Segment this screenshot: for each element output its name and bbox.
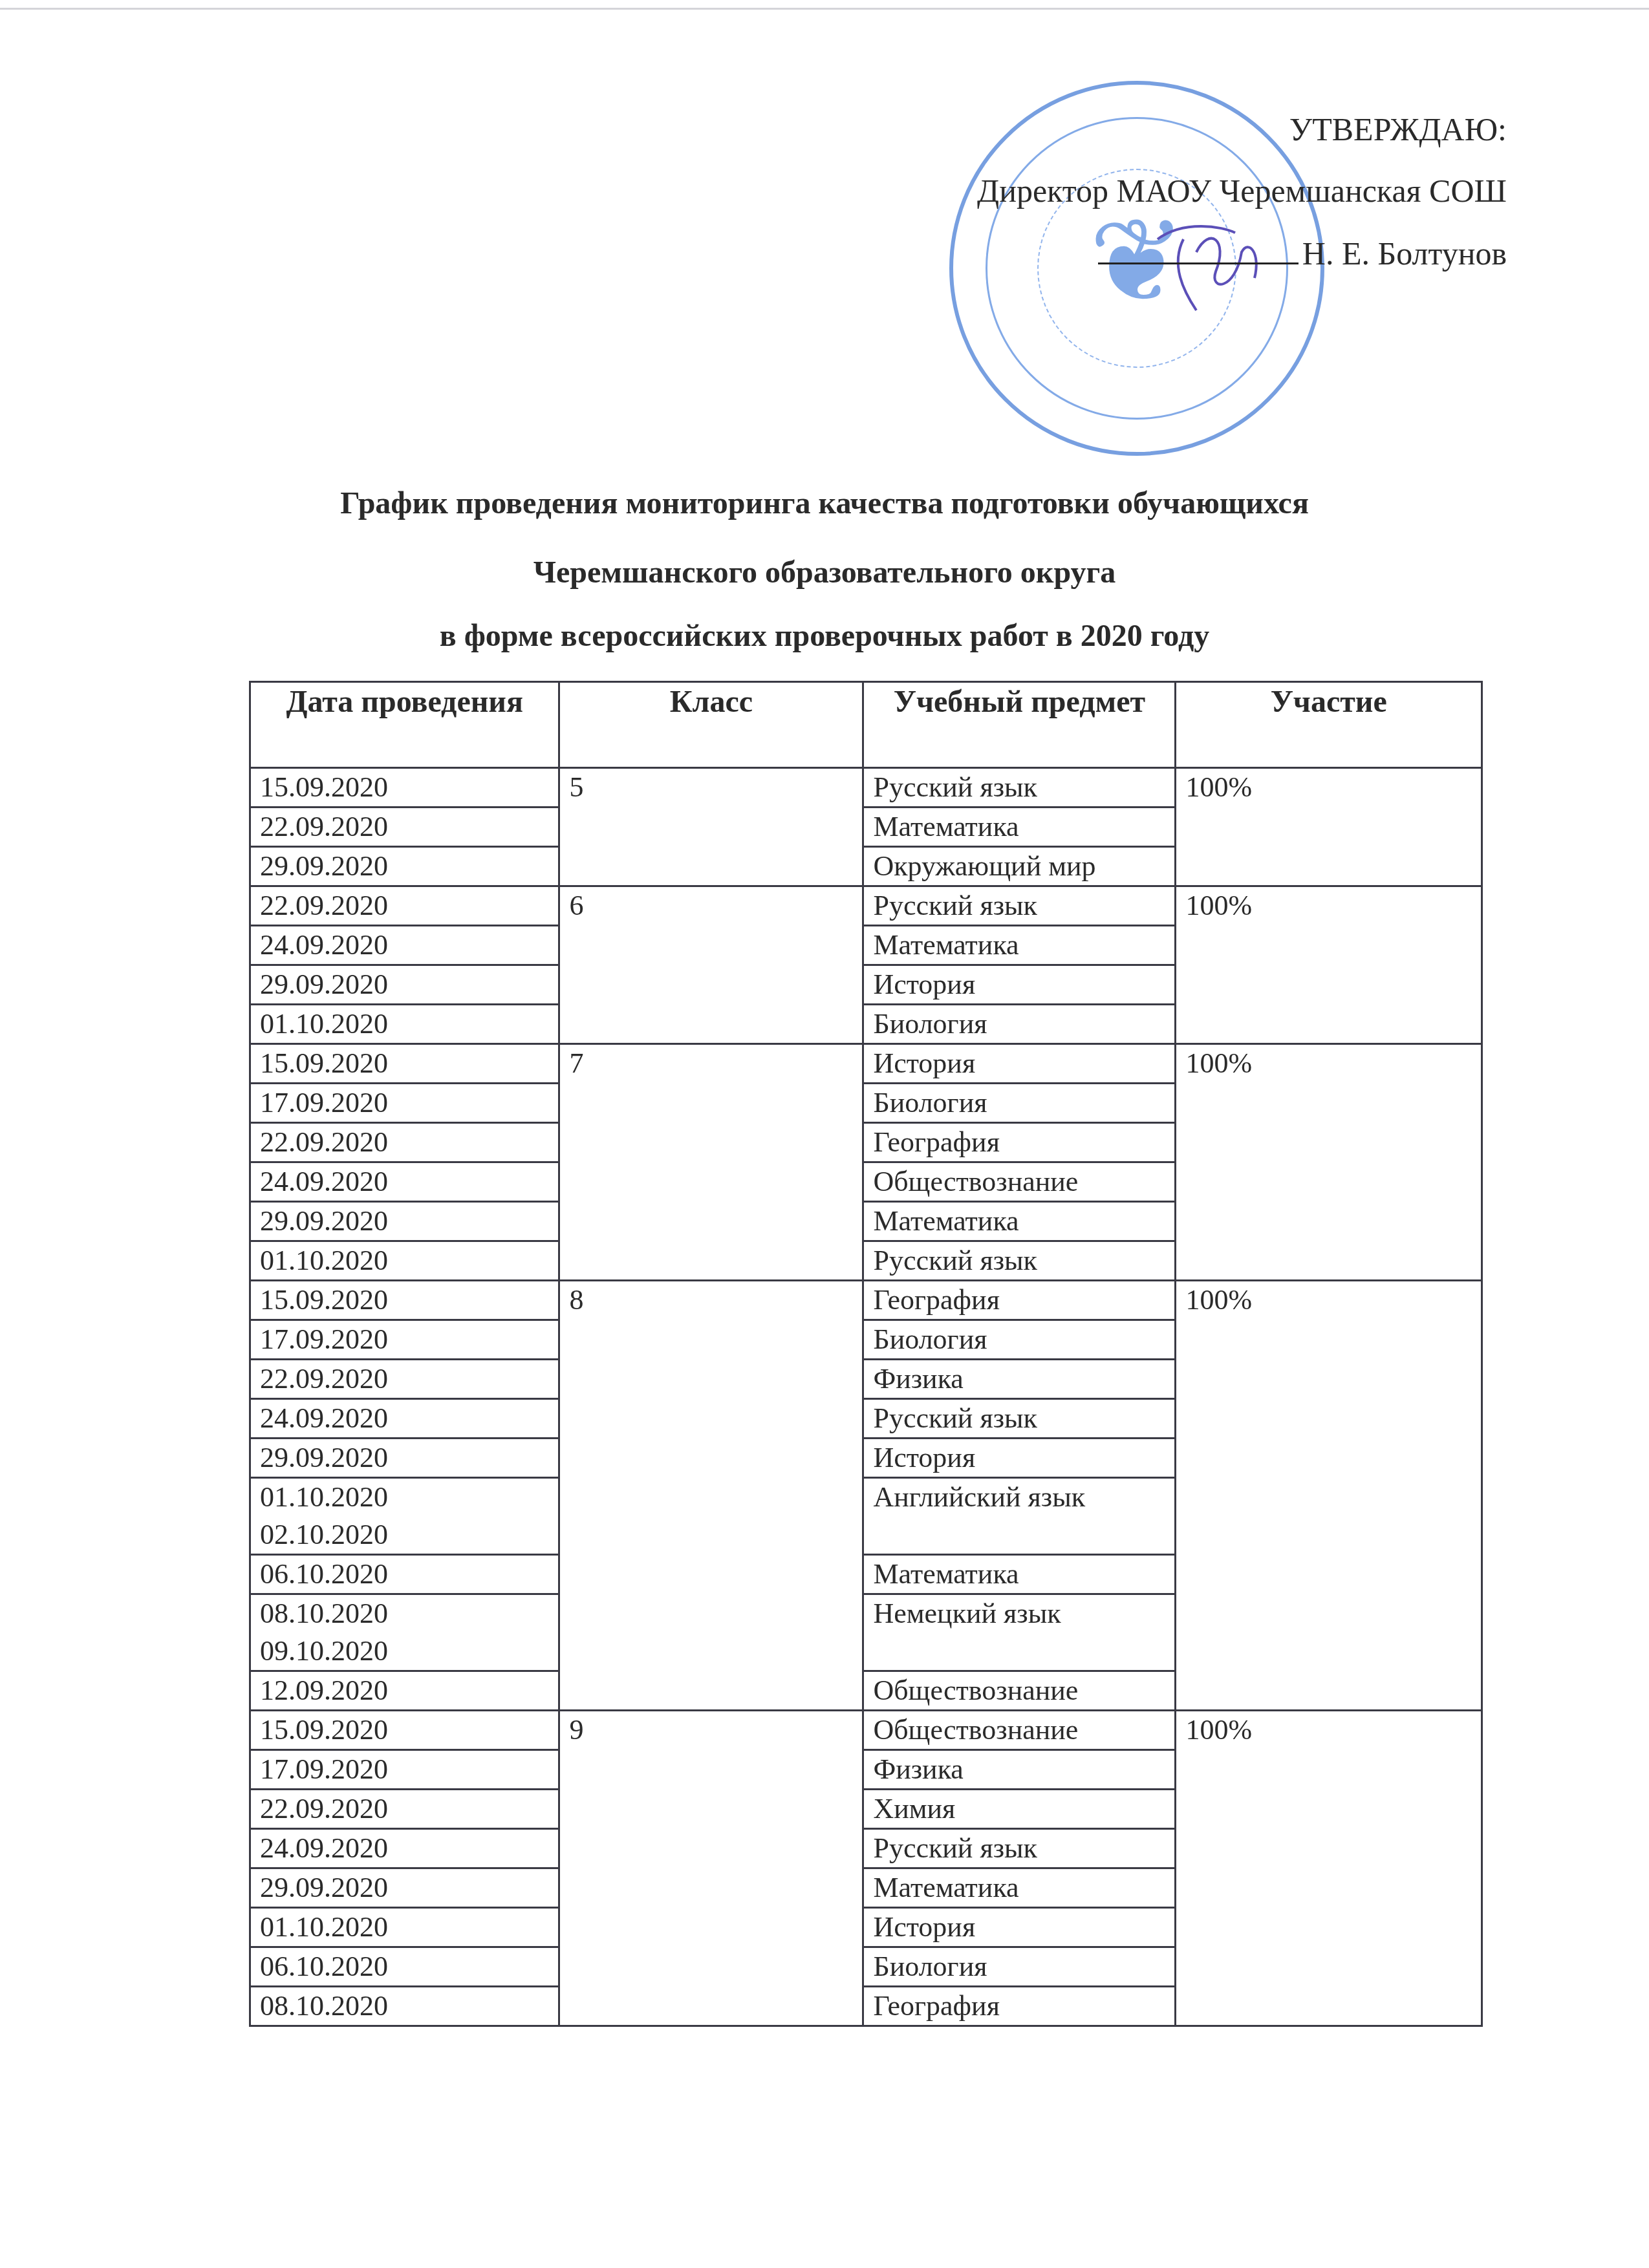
- table-row: 22.09.20206Русский язык100%: [250, 886, 1482, 926]
- cell-date: 29.09.2020: [250, 1439, 559, 1478]
- cell-subject: Биология: [863, 1005, 1176, 1044]
- header-class: Класс: [559, 682, 863, 768]
- date-value: 08.10.2020: [260, 1595, 549, 1632]
- date-value: 24.09.2020: [260, 1166, 388, 1197]
- date-value: 06.10.2020: [260, 1951, 388, 1982]
- cell-date: 17.09.2020: [250, 1084, 559, 1123]
- date-value: 08.10.2020: [260, 1990, 388, 2022]
- cell-date: 01.10.202002.10.2020: [250, 1478, 559, 1555]
- table-row: 15.09.20208География100%: [250, 1281, 1482, 1320]
- cell-subject: География: [863, 1123, 1176, 1162]
- date-value: 17.09.2020: [260, 1087, 388, 1118]
- date-value: 09.10.2020: [260, 1632, 549, 1670]
- table-body: 15.09.20205Русский язык100%22.09.2020Мат…: [250, 768, 1482, 2026]
- date-value: 29.09.2020: [260, 850, 388, 882]
- table-header-row: Дата проведения Класс Учебный предмет Уч…: [250, 682, 1482, 768]
- date-value: 29.09.2020: [260, 1442, 388, 1473]
- cell-subject: География: [863, 1987, 1176, 2026]
- cell-subject: Биология: [863, 1947, 1176, 1987]
- date-value: 24.09.2020: [260, 1832, 388, 1864]
- document-title-line-1: График проведения мониторинга качества п…: [0, 485, 1649, 522]
- cell-subject: Математика: [863, 926, 1176, 965]
- approval-heading: УТВЕРЖДАЮ:: [1289, 110, 1507, 149]
- cell-class: 6: [559, 886, 863, 1044]
- cell-participation: 100%: [1176, 1711, 1482, 2026]
- date-value: 01.10.2020: [260, 1008, 388, 1040]
- cell-date: 08.10.202009.10.2020: [250, 1594, 559, 1671]
- cell-class: 9: [559, 1711, 863, 2026]
- cell-subject: История: [863, 965, 1176, 1005]
- cell-subject: Обществознание: [863, 1711, 1176, 1750]
- cell-date: 24.09.2020: [250, 926, 559, 965]
- cell-date: 17.09.2020: [250, 1320, 559, 1360]
- cell-subject: Русский язык: [863, 1241, 1176, 1281]
- cell-date: 01.10.2020: [250, 1241, 559, 1281]
- cell-subject: Обществознание: [863, 1162, 1176, 1202]
- cell-class: 7: [559, 1044, 863, 1281]
- cell-subject: Биология: [863, 1084, 1176, 1123]
- cell-date: 06.10.2020: [250, 1555, 559, 1594]
- date-value: 17.09.2020: [260, 1753, 388, 1785]
- cell-subject: Английский язык: [863, 1478, 1176, 1555]
- cell-subject: История: [863, 1439, 1176, 1478]
- date-value: 06.10.2020: [260, 1558, 388, 1590]
- cell-subject: Обществознание: [863, 1671, 1176, 1711]
- date-value: 22.09.2020: [260, 890, 388, 921]
- document-title-line-3: в форме всероссийских проверочных работ …: [0, 617, 1649, 655]
- cell-date: 15.09.2020: [250, 1281, 559, 1320]
- date-value: 01.10.2020: [260, 1245, 388, 1276]
- cell-date: 15.09.2020: [250, 768, 559, 808]
- cell-subject: История: [863, 1044, 1176, 1084]
- cell-participation: 100%: [1176, 1281, 1482, 1711]
- cell-date: 29.09.2020: [250, 1202, 559, 1241]
- cell-date: 29.09.2020: [250, 965, 559, 1005]
- date-value: 29.09.2020: [260, 1205, 388, 1237]
- cell-participation: 100%: [1176, 886, 1482, 1044]
- cell-subject: Математика: [863, 1555, 1176, 1594]
- cell-date: 15.09.2020: [250, 1044, 559, 1084]
- date-value: 24.09.2020: [260, 1402, 388, 1434]
- cell-date: 01.10.2020: [250, 1908, 559, 1947]
- cell-date: 24.09.2020: [250, 1829, 559, 1868]
- cell-date: 22.09.2020: [250, 1360, 559, 1399]
- date-value: 29.09.2020: [260, 968, 388, 1000]
- approval-signature-line: Н. Е. Болтунов: [1098, 234, 1507, 273]
- cell-subject: Русский язык: [863, 886, 1176, 926]
- date-value: 15.09.2020: [260, 1714, 388, 1746]
- table-row: 15.09.20207История100%: [250, 1044, 1482, 1084]
- date-value: 15.09.2020: [260, 1284, 388, 1316]
- cell-subject: Русский язык: [863, 1399, 1176, 1439]
- cell-date: 29.09.2020: [250, 1868, 559, 1908]
- cell-subject: Математика: [863, 1868, 1176, 1908]
- cell-participation: 100%: [1176, 768, 1482, 886]
- scan-edge-line: [0, 8, 1649, 10]
- date-value: 22.09.2020: [260, 1126, 388, 1158]
- date-value: 22.09.2020: [260, 1363, 388, 1395]
- cell-date: 12.09.2020: [250, 1671, 559, 1711]
- cell-subject: История: [863, 1908, 1176, 1947]
- date-value: 15.09.2020: [260, 1047, 388, 1079]
- cell-date: 24.09.2020: [250, 1399, 559, 1439]
- date-value: 24.09.2020: [260, 929, 388, 961]
- header-date: Дата проведения: [250, 682, 559, 768]
- cell-date: 22.09.2020: [250, 1123, 559, 1162]
- table-row: 15.09.20209Обществознание100%: [250, 1711, 1482, 1750]
- cell-class: 8: [559, 1281, 863, 1711]
- cell-subject: Математика: [863, 808, 1176, 847]
- cell-date: 08.10.2020: [250, 1987, 559, 2026]
- cell-date: 22.09.2020: [250, 886, 559, 926]
- date-value: 01.10.2020: [260, 1911, 388, 1943]
- approval-name: Н. Е. Болтунов: [1302, 235, 1507, 272]
- cell-subject: Русский язык: [863, 768, 1176, 808]
- schedule-table: Дата проведения Класс Учебный предмет Уч…: [249, 681, 1483, 2027]
- date-value: 17.09.2020: [260, 1323, 388, 1355]
- cell-subject: Немецкий язык: [863, 1594, 1176, 1671]
- signature-underline: [1098, 237, 1299, 264]
- document-title-line-2: Черемшанского образовательного округа: [0, 554, 1649, 592]
- date-value: 02.10.2020: [260, 1516, 549, 1554]
- table-row: 15.09.20205Русский язык100%: [250, 768, 1482, 808]
- date-value: 22.09.2020: [260, 811, 388, 842]
- header-subject: Учебный предмет: [863, 682, 1176, 768]
- cell-date: 17.09.2020: [250, 1750, 559, 1790]
- date-value: 15.09.2020: [260, 771, 388, 803]
- cell-date: 01.10.2020: [250, 1005, 559, 1044]
- cell-subject: Окружающий мир: [863, 847, 1176, 886]
- date-value: 12.09.2020: [260, 1674, 388, 1706]
- cell-date: 22.09.2020: [250, 1790, 559, 1829]
- cell-subject: Русский язык: [863, 1829, 1176, 1868]
- cell-subject: Физика: [863, 1360, 1176, 1399]
- header-participation: Участие: [1176, 682, 1482, 768]
- cell-date: 22.09.2020: [250, 808, 559, 847]
- cell-subject: Математика: [863, 1202, 1176, 1241]
- date-value: 01.10.2020: [260, 1479, 549, 1516]
- cell-subject: Химия: [863, 1790, 1176, 1829]
- cell-class: 5: [559, 768, 863, 886]
- cell-participation: 100%: [1176, 1044, 1482, 1281]
- cell-date: 15.09.2020: [250, 1711, 559, 1750]
- cell-subject: Биология: [863, 1320, 1176, 1360]
- approval-position: Директор МАОУ Черемшанская СОШ: [977, 171, 1507, 210]
- cell-date: 24.09.2020: [250, 1162, 559, 1202]
- date-value: 29.09.2020: [260, 1872, 388, 1903]
- cell-subject: География: [863, 1281, 1176, 1320]
- date-value: 22.09.2020: [260, 1793, 388, 1824]
- cell-subject: Физика: [863, 1750, 1176, 1790]
- cell-date: 06.10.2020: [250, 1947, 559, 1987]
- cell-date: 29.09.2020: [250, 847, 559, 886]
